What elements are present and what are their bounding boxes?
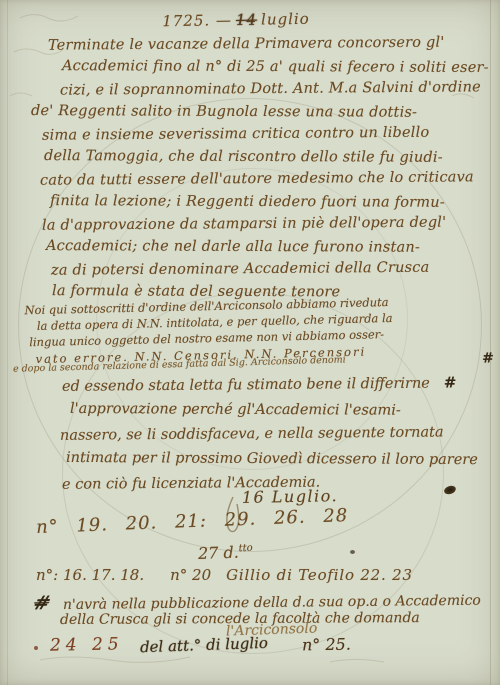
manuscript-page: 1725. —14luglio Terminate le vacanze del… <box>0 0 500 685</box>
manuscript-line: ed essendo stata letta fu stimato bene i… <box>62 370 478 399</box>
ink-blot <box>350 550 355 554</box>
note-reference-mark: # <box>30 592 53 614</box>
manuscript-line: nassero, se li soddisfaceva, e nella seg… <box>60 420 478 448</box>
manuscript-line: finita la lezione; i Reggenti diedero fu… <box>50 190 480 214</box>
struck-day: 14 <box>236 11 257 29</box>
date-month: luglio <box>261 10 310 29</box>
manuscript-line: sima e insieme severissima critica contr… <box>42 121 480 147</box>
session-numbers-line: n° 19. 20. 21: 29. 26. 28 <box>36 505 349 538</box>
insertion-mark: # <box>482 350 493 366</box>
footer-text: del att.° di luglio <box>139 634 267 656</box>
date-year: 1725. — <box>162 11 232 30</box>
date-heading: 1725. —14luglio <box>0 7 486 34</box>
manuscript-line: Accademici; che nel darle alla luce furo… <box>46 235 480 259</box>
manuscript-line: cizi, e il soprannominato Dott. Ant. M.a… <box>60 76 480 102</box>
page-edge-line <box>7 0 8 685</box>
manuscript-line: della Tamoggia, che dal riscontro dello … <box>44 145 480 169</box>
session-numbers-line: n°: 16. 17. 18.n° 20Gillio di Teofilo 22… <box>36 566 413 584</box>
ink-dot <box>34 646 38 650</box>
footer-annotations: 24 25del att.° di luglion° 25. <box>34 635 474 655</box>
manuscript-line: la d'approvazione da stamparsi in piè de… <box>42 211 480 237</box>
manuscript-line: za di potersi denominare Accademici dell… <box>51 256 480 282</box>
insertion-mark: # <box>444 373 456 391</box>
manuscript-line: Terminate le vacanze della Primavera con… <box>48 31 480 57</box>
red-numbers: 24 25 <box>50 634 124 655</box>
closing-paragraph: ed essendo stata letta fu stimato bene i… <box>48 372 478 496</box>
manuscript-line: l'approvazione perché gl'Accademici l'es… <box>70 397 478 424</box>
manuscript-line: de' Reggenti salito in Bugnola lesse una… <box>31 100 480 124</box>
manuscript-line: cato da tutti essere dell'autore medesim… <box>40 166 480 192</box>
manuscript-line: intimata per il prossimo Giovedì dicesse… <box>66 446 478 473</box>
main-paragraph: Terminate le vacanze della Primavera con… <box>40 33 480 303</box>
ditto-date: 27 d.tto <box>198 542 253 563</box>
manuscript-line: Accademici fino al n° di 25 a' quali si … <box>62 55 480 79</box>
footer-number: n° 25. <box>301 635 350 655</box>
